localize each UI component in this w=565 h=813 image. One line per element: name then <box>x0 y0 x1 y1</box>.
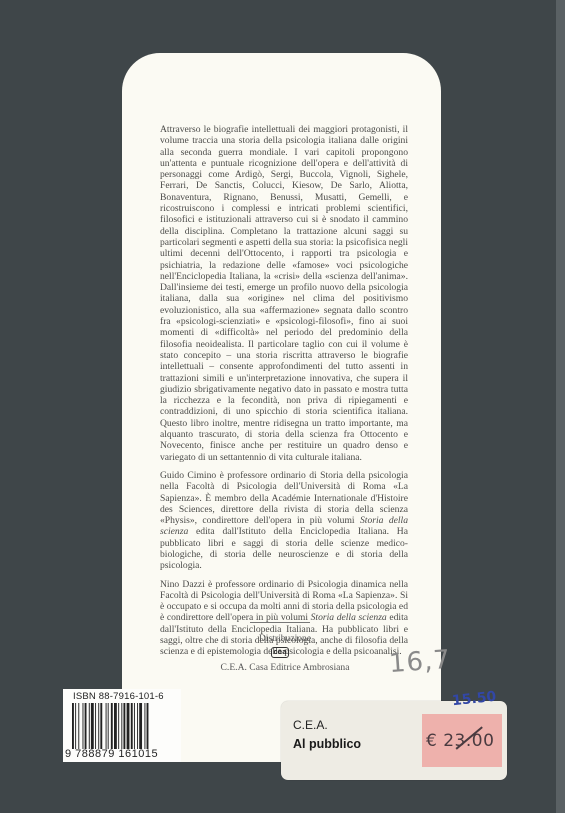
barcode-icon <box>72 703 172 749</box>
blurb-paragraph: Attraverso le biografie intellettuali de… <box>160 124 408 463</box>
blurb-text: Attraverso le biografie intellettuali de… <box>160 124 408 665</box>
author-bio-dazzi: Nino Dazzi è professore ordinario di Psi… <box>160 579 408 658</box>
publisher-logo-icon: cea <box>271 647 289 658</box>
distribution-label: Distribuzione <box>160 633 410 644</box>
sticker-publisher: C.E.A. <box>293 718 328 732</box>
bio-italic-title: Storia della scienza <box>311 612 387 623</box>
divider <box>250 622 310 623</box>
original-price: € 23.00 <box>426 731 494 751</box>
author-bio-cimino: Guido Cimino è professore ordinario di S… <box>160 470 408 572</box>
barcode-label: ISBN 88-7916-101-6 9 788879 161015 <box>63 689 181 762</box>
distributor-name: C.E.A. Casa Editrice Ambrosiana <box>160 662 410 673</box>
ean-number: 9 788879 161015 <box>65 748 158 760</box>
bio-text: edita dall'Istituto della Enciclopedia I… <box>160 526 408 571</box>
sticker-label: Al pubblico <box>293 737 361 751</box>
price-tag: € 23.00 <box>422 714 502 767</box>
price-sticker: C.E.A. Al pubblico € 23.00 <box>281 701 507 780</box>
isbn-text: ISBN 88-7916-101-6 <box>73 691 164 702</box>
cover-edge <box>556 0 565 813</box>
handwritten-note: 16,7 <box>388 645 452 679</box>
